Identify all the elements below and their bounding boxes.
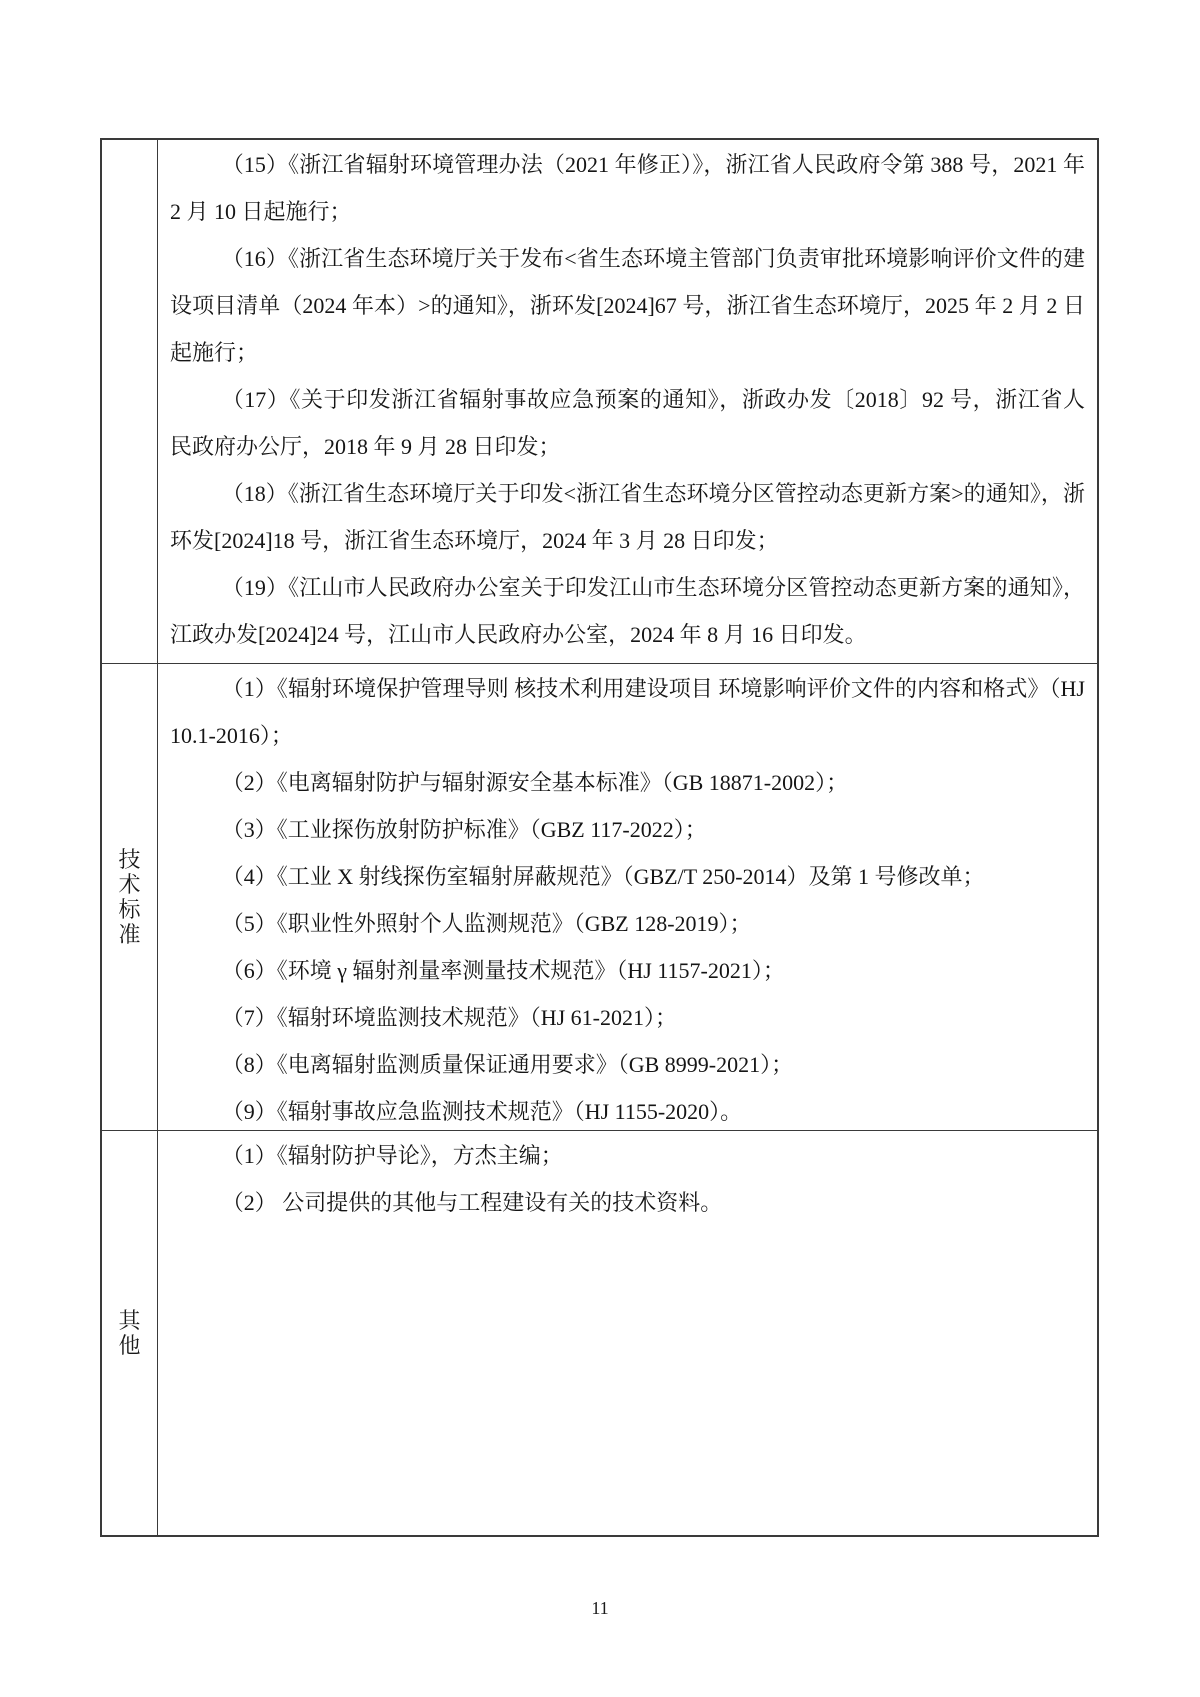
- technical-standards-content-cell: （1）《辐射环境保护管理导则 核技术利用建设项目 环境影响评价文件的内容和格式》…: [158, 664, 1097, 1130]
- standard-item-5: （5）《职业性外照射个人监测规范》（GBZ 128-2019）；: [170, 900, 1085, 947]
- row-label-cell-technical-standards: 技术标准: [102, 664, 158, 1130]
- table-row-regulations-continued: （15）《浙江省辐射环境管理办法（2021 年修正）》，浙江省人民政府令第 38…: [102, 140, 1097, 664]
- regulation-item-16: （16）《浙江省生态环境厅关于发布<省生态环境主管部门负责审批环境影响评价文件的…: [170, 235, 1085, 376]
- other-content-cell: （1）《辐射防护导论》，方杰主编； （2） 公司提供的其他与工程建设有关的技术资…: [158, 1131, 1097, 1535]
- regulation-item-17: （17）《关于印发浙江省辐射事故应急预案的通知》，浙政办发〔2018〕92 号，…: [170, 376, 1085, 470]
- row-label-other: 其他: [118, 1308, 142, 1358]
- other-item-2: （2） 公司提供的其他与工程建设有关的技术资料。: [170, 1179, 1085, 1226]
- row-label-cell-other: 其他: [102, 1131, 158, 1535]
- regulation-item-18: （18）《浙江省生态环境厅关于印发<浙江省生态环境分区管控动态更新方案>的通知》…: [170, 470, 1085, 564]
- row-label-technical-standards: 技术标准: [118, 847, 142, 947]
- standard-item-4: （4）《工业 X 射线探伤室辐射屏蔽规范》（GBZ/T 250-2014）及第 …: [170, 853, 1085, 900]
- document-page: （15）《浙江省辐射环境管理办法（2021 年修正）》，浙江省人民政府令第 38…: [0, 0, 1200, 1697]
- table-row-other: 其他 （1）《辐射防护导论》，方杰主编； （2） 公司提供的其他与工程建设有关的…: [102, 1131, 1097, 1535]
- standard-item-9: （9）《辐射事故应急监测技术规范》（HJ 1155-2020）。: [170, 1088, 1085, 1130]
- legal-basis-table: （15）《浙江省辐射环境管理办法（2021 年修正）》，浙江省人民政府令第 38…: [100, 138, 1099, 1537]
- standard-item-7: （7）《辐射环境监测技术规范》（HJ 61-2021）；: [170, 994, 1085, 1041]
- other-item-1: （1）《辐射防护导论》，方杰主编；: [170, 1132, 1085, 1179]
- standard-item-1: （1）《辐射环境保护管理导则 核技术利用建设项目 环境影响评价文件的内容和格式》…: [170, 665, 1085, 759]
- page-number: 11: [0, 1598, 1200, 1619]
- standard-item-8: （8）《电离辐射监测质量保证通用要求》（GB 8999-2021）；: [170, 1041, 1085, 1088]
- row-label-cell-empty: [102, 140, 158, 663]
- standard-item-6: （6）《环境 γ 辐射剂量率测量技术规范》（HJ 1157-2021）；: [170, 947, 1085, 994]
- regulation-item-15: （15）《浙江省辐射环境管理办法（2021 年修正）》，浙江省人民政府令第 38…: [170, 141, 1085, 235]
- regulations-content-cell: （15）《浙江省辐射环境管理办法（2021 年修正）》，浙江省人民政府令第 38…: [158, 140, 1097, 663]
- standard-item-2: （2）《电离辐射防护与辐射源安全基本标准》（GB 18871-2002）；: [170, 759, 1085, 806]
- regulation-item-19: （19）《江山市人民政府办公室关于印发江山市生态环境分区管控动态更新方案的通知》…: [170, 564, 1085, 658]
- standard-item-3: （3）《工业探伤放射防护标准》（GBZ 117-2022）；: [170, 806, 1085, 853]
- table-row-technical-standards: 技术标准 （1）《辐射环境保护管理导则 核技术利用建设项目 环境影响评价文件的内…: [102, 664, 1097, 1131]
